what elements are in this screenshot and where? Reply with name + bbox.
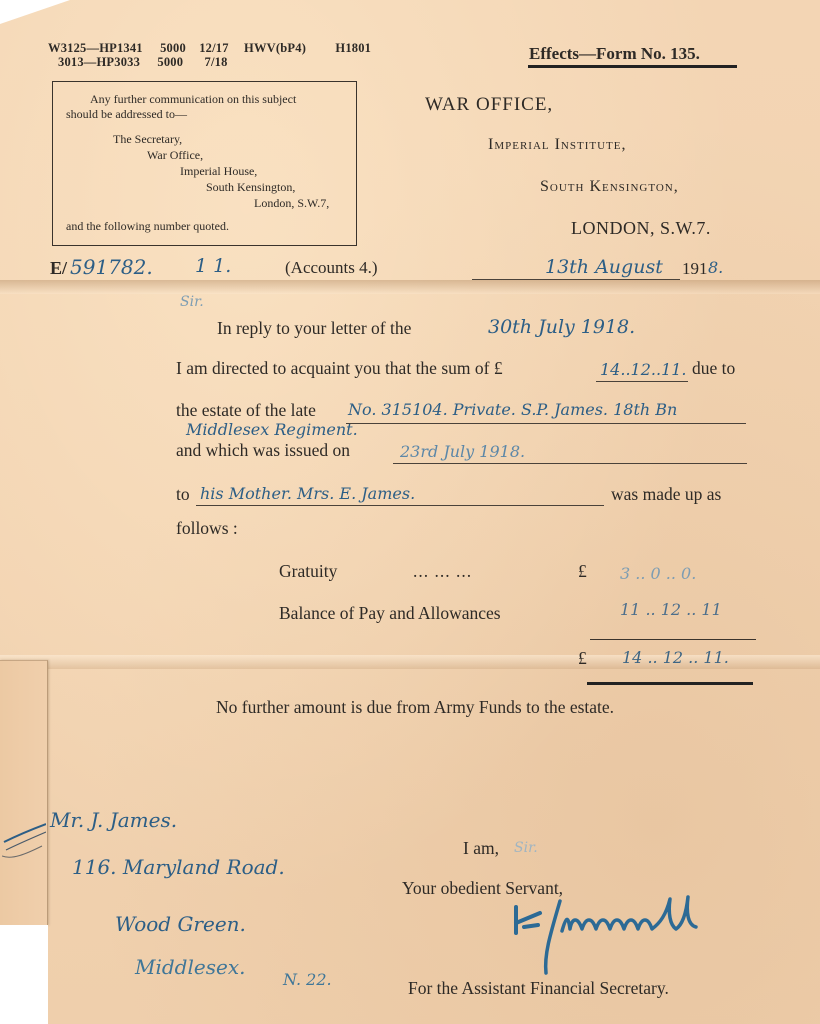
balance-amount: 11 .. 12 .. 11: [620, 600, 722, 619]
recipient-address-postcode: N. 22.: [283, 970, 332, 989]
envelope-pen-stroke-icon: [2, 820, 46, 860]
recipient-address-area: Wood Green.: [115, 912, 246, 936]
reference-prefix: E/: [50, 258, 67, 279]
sum-line: [596, 381, 688, 382]
print-code: W3125—HP1341: [48, 41, 143, 56]
subtotal-rule: [590, 639, 756, 640]
issued-line: [393, 463, 747, 464]
print-code-line-1: W3125—HP1341 5000 12/17 HWV(bP4) H1801: [48, 41, 371, 56]
letterhead-org: WAR OFFICE,: [425, 94, 553, 116]
print-code: HWV(bP4): [244, 41, 306, 56]
signature: [510, 895, 750, 975]
salutation: Sir.: [180, 294, 204, 310]
form-number-underline: [528, 65, 737, 68]
envelope-edge: [0, 660, 48, 925]
letterhead-city: LONDON, S.W.7.: [571, 218, 711, 239]
balance-label: Balance of Pay and Allowances: [279, 603, 501, 624]
correspondence-address-box: Any further communication on this subjec…: [52, 81, 357, 246]
closing-note: No further amount is due from Army Funds…: [216, 697, 614, 718]
total-double-rule: [587, 682, 753, 685]
to-prefix: to: [176, 484, 190, 505]
gratuity-leader: ... ... ...: [413, 561, 472, 582]
gratuity-label: Gratuity: [279, 561, 337, 582]
address-line: London, S.W.7,: [254, 196, 329, 211]
letterhead-institute: Imperial Institute,: [488, 136, 626, 154]
address-line: South Kensington,: [206, 180, 295, 195]
signoff-role: For the Assistant Financial Secretary.: [408, 978, 669, 999]
follows-text: follows :: [176, 518, 238, 539]
recipient-address-street: 116. Maryland Road.: [72, 855, 285, 879]
sum-amount: 14..12..11.: [600, 360, 687, 379]
address-line: Imperial House,: [180, 164, 257, 179]
date-day-month: 13th August: [545, 256, 663, 278]
recipient-line: [196, 505, 604, 506]
reference-suffix: 1 1.: [195, 255, 231, 277]
date-year-printed: 191: [682, 259, 708, 279]
total-amount: 14 .. 12 .. 11.: [622, 648, 729, 667]
gratuity-amount: 3 .. 0 .. 0.: [620, 564, 696, 583]
reference-number: 591782.: [70, 255, 153, 279]
deceased-regiment: Middlesex Regiment.: [186, 420, 358, 439]
deceased-details: No. 315104. Private. S.P. James. 18th Bn: [348, 400, 677, 419]
background-gap: [0, 925, 48, 1024]
print-code: H1801: [335, 41, 371, 56]
signoff-sir: Sir.: [514, 840, 538, 856]
reply-prefix: In reply to your letter of the: [217, 318, 411, 339]
address-intro-1: Any further communication on this subjec…: [90, 92, 296, 107]
print-code: 7/18: [205, 55, 228, 70]
directed-prefix: I am directed to acquaint you that the s…: [176, 358, 503, 379]
total-currency: £: [578, 648, 587, 669]
print-code: 5000: [160, 41, 186, 56]
gratuity-currency: £: [578, 561, 587, 582]
paper-fold-upper: [0, 280, 820, 294]
address-footer: and the following number quoted.: [66, 219, 229, 234]
issued-date: 23rd July 1918.: [400, 442, 525, 461]
form-number: Effects—Form No. 135.: [529, 44, 700, 64]
print-code: 5000: [157, 55, 183, 70]
estate-prefix: the estate of the late: [176, 400, 316, 421]
recipient-name: his Mother. Mrs. E. James.: [200, 484, 415, 503]
date-year-handwritten: 8.: [708, 258, 723, 277]
torn-corner: [0, 0, 70, 24]
address-line: The Secretary,: [113, 132, 182, 147]
directed-suffix: due to: [692, 358, 735, 379]
letterhead-area: South Kensington,: [540, 178, 679, 196]
print-code-line-2: 3013—HP3033 5000 7/18: [58, 55, 228, 70]
address-intro-2: should be addressed to—: [66, 107, 187, 122]
issued-prefix: and which was issued on: [176, 440, 350, 461]
address-line: War Office,: [147, 148, 203, 163]
date-line: [472, 279, 680, 280]
recipient-address-county: Middlesex.: [135, 955, 245, 979]
print-code: 3013—HP3033: [58, 55, 140, 70]
made-up-text: was made up as: [611, 484, 721, 505]
deceased-line: [346, 423, 746, 424]
reference-department: (Accounts 4.): [285, 258, 378, 278]
reply-date: 30th July 1918.: [488, 316, 635, 338]
print-code: 12/17: [199, 41, 228, 56]
signoff-i-am: I am,: [463, 838, 499, 859]
recipient-address-name: Mr. J. James.: [50, 808, 177, 832]
